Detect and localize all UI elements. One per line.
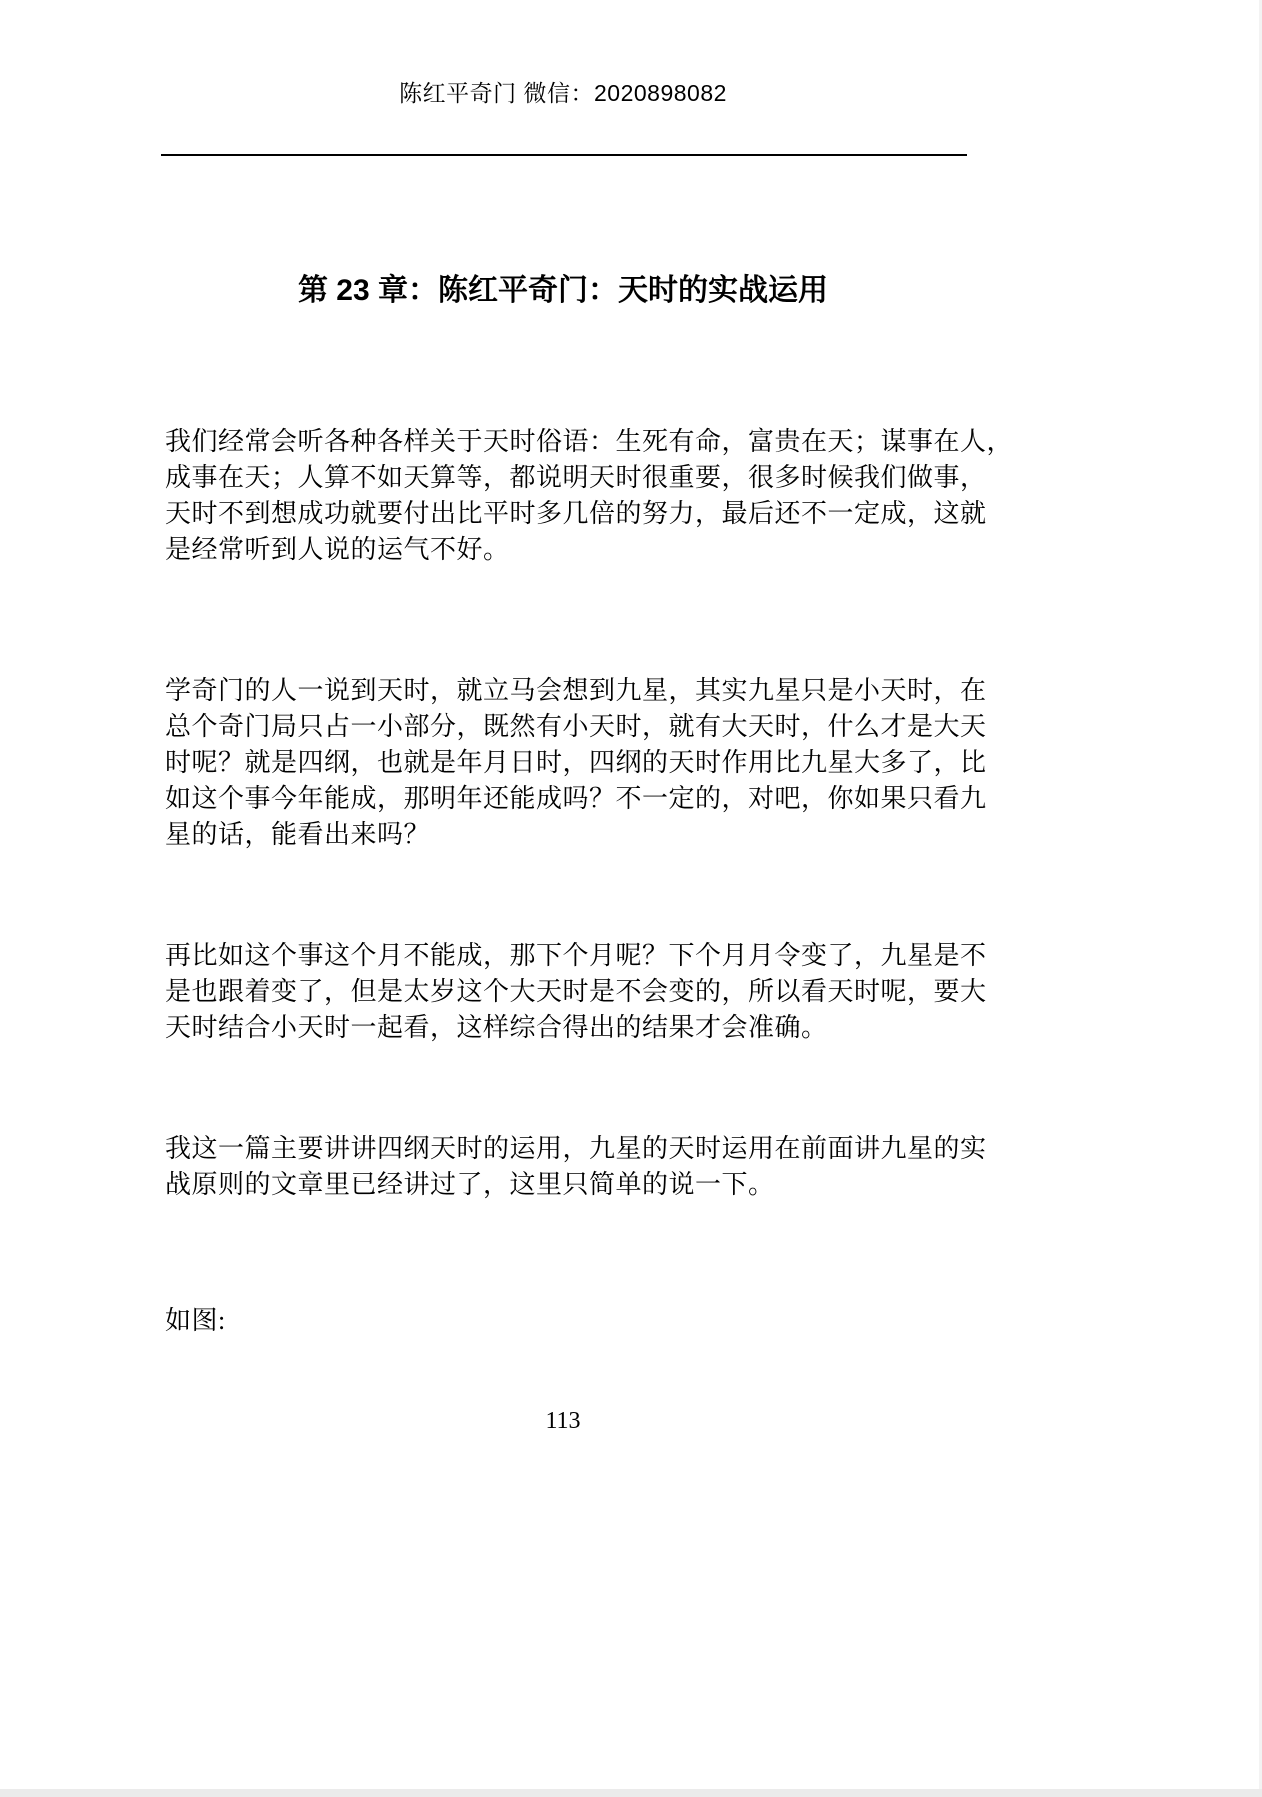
page-number: 113 — [160, 1408, 966, 1435]
paragraph-line: 学奇门的人一说到天时，就立马会想到九星，其实九星只是小天时，在 — [165, 673, 990, 709]
paragraph-line: 我这一篇主要讲讲四纲天时的运用，九星的天时运用在前面讲九星的实 — [165, 1131, 990, 1167]
header-divider-rule — [161, 154, 967, 156]
paragraph-line: 如这个事今年能成，那明年还能成吗？不一定的，对吧，你如果只看九 — [165, 781, 990, 817]
paragraph-line: 天时结合小天时一起看，这样综合得出的结果才会准确。 — [165, 1010, 990, 1046]
paragraph-line: 再比如这个事这个月不能成，那下个月呢？下个月月令变了，九星是不 — [165, 938, 990, 974]
paragraph-line: 总个奇门局只占一小部分，既然有小天时，就有大天时，什么才是大天 — [165, 709, 990, 745]
document-body: 我们经常会听各种各样关于天时俗语：生死有命，富贵在天；谋事在人， 成事在天；人算… — [165, 424, 990, 1339]
paragraph: 我这一篇主要讲讲四纲天时的运用，九星的天时运用在前面讲九星的实 战原则的文章里已… — [165, 1131, 990, 1203]
paragraph: 我们经常会听各种各样关于天时俗语：生死有命，富贵在天；谋事在人， 成事在天；人算… — [165, 424, 990, 568]
paragraph: 再比如这个事这个月不能成，那下个月呢？下个月月令变了，九星是不 是也跟着变了，但… — [165, 938, 990, 1046]
paragraph-line: 如图: — [165, 1303, 990, 1339]
figure-caption-lead: 如图: — [165, 1303, 990, 1339]
paragraph-line: 时呢？就是四纲，也就是年月日时，四纲的天时作用比九星大多了，比 — [165, 745, 990, 781]
paragraph-line: 我们经常会听各种各样关于天时俗语：生死有命，富贵在天；谋事在人， — [165, 424, 990, 460]
paragraph-line: 成事在天；人算不如天算等，都说明天时很重要，很多时候我们做事， — [165, 460, 990, 496]
document-page: 陈红平奇门 微信：2020898082 第 23 章：陈红平奇门：天时的实战运用… — [0, 0, 1262, 1797]
paragraph-line: 是经常听到人说的运气不好。 — [165, 532, 990, 568]
page-header: 陈红平奇门 微信：2020898082 — [160, 78, 966, 108]
paragraph-line: 天时不到想成功就要付出比平时多几倍的努力，最后还不一定成，这就 — [165, 496, 990, 532]
page-edge-bottom — [0, 1789, 1262, 1797]
paragraph-line: 是也跟着变了，但是太岁这个大天时是不会变的，所以看天时呢，要大 — [165, 974, 990, 1010]
chapter-title: 第 23 章：陈红平奇门：天时的实战运用 — [160, 271, 966, 311]
paragraph-line: 星的话，能看出来吗？ — [165, 817, 990, 853]
paragraph: 学奇门的人一说到天时，就立马会想到九星，其实九星只是小天时，在 总个奇门局只占一… — [165, 673, 990, 853]
paragraph-line: 战原则的文章里已经讲过了，这里只简单的说一下。 — [165, 1167, 990, 1203]
